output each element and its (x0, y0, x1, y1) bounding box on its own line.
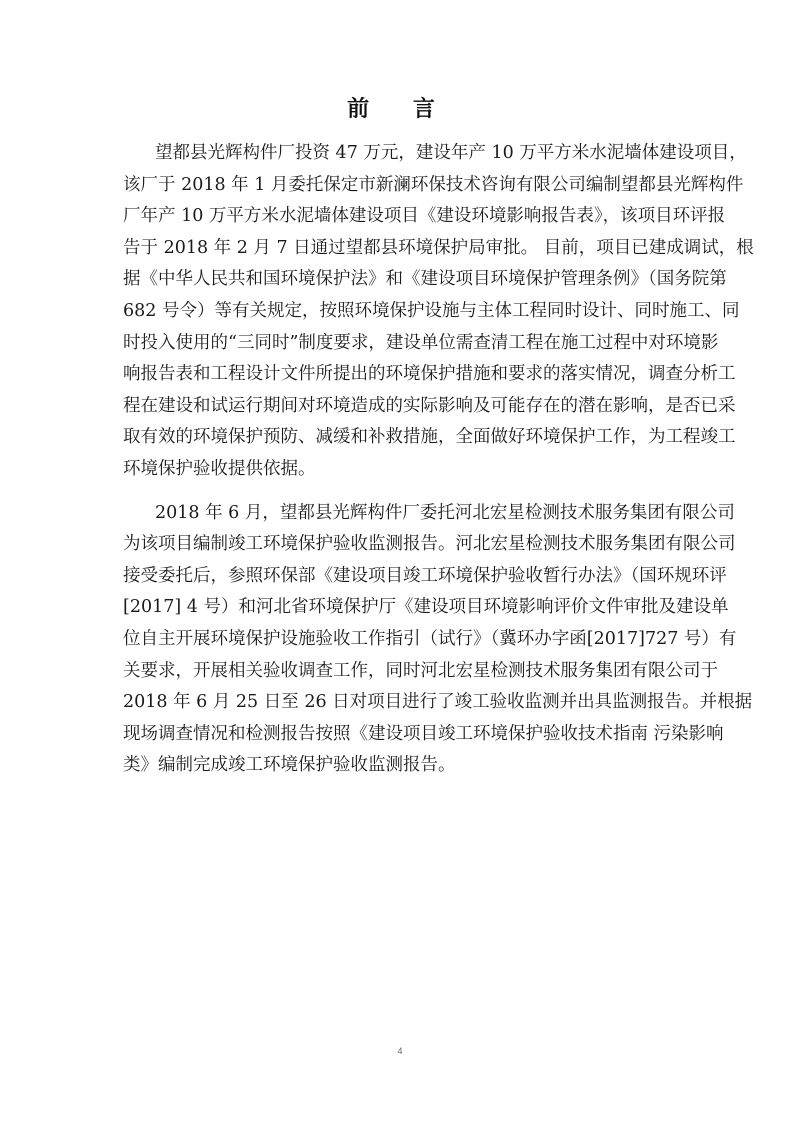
text-line: 响报告表和工程设计文件所提出的环境保护措施和要求的落实情况，调查分析工 (123, 359, 679, 391)
text-line: 关要求，开展相关验收调查工作，同时河北宏星检测技术服务集团有限公司于 (123, 656, 679, 688)
text-line: 据《中华人民共和国环境保护法》和《建设项目环境保护管理条例》（国务院第 (123, 264, 679, 296)
text-line: 位自主开展环境保护设施验收工作指引（试行》（冀环办字函[2017]727 号）有 (123, 624, 679, 656)
text-line: [2017] 4 号）和河北省环境保护厅《建设项目环境影响评价文件审批及建设单 (123, 592, 679, 624)
text-line: 望都县光辉构件厂投资 47 万元，建设年产 10 万平方米水泥墙体建设项目， (123, 138, 679, 170)
text-line: 682 号令）等有关规定，按照环境保护设施与主体工程同时设计、同时施工、同 (123, 296, 679, 328)
document-body: 望都县光辉构件厂投资 47 万元，建设年产 10 万平方米水泥墙体建设项目， 该… (123, 138, 679, 782)
text-line: 接受委托后，参照环保部《建设项目竣工环境保护验收暂行办法》（国环规环评 (123, 561, 679, 593)
text-line: 2018 年 6 月 25 日至 26 日对项目进行了竣工验收监测并出具监测报告… (123, 687, 679, 719)
paragraph-spacer (123, 486, 679, 498)
text-line: 厂年产 10 万平方米水泥墙体建设项目《建设环境影响报告表》，该项目环评报 (123, 201, 679, 233)
text-line: 该厂于 2018 年 1 月委托保定市新澜环保技术咨询有限公司编制望都县光辉构件 (123, 170, 679, 202)
paragraph-2: 2018 年 6 月，望都县光辉构件厂委托河北宏星检测技术服务集团有限公司 为该… (123, 498, 679, 782)
page-title: 前 言 (0, 92, 800, 123)
text-line: 程在建设和试运行期间对环境造成的实际影响及可能存在的潜在影响，是否已采 (123, 391, 679, 423)
document-page: 前 言 望都县光辉构件厂投资 47 万元，建设年产 10 万平方米水泥墙体建设项… (0, 0, 800, 1131)
text-line: 取有效的环境保护预防、减缓和补救措施，全面做好环境保护工作，为工程竣工 (123, 422, 679, 454)
text-line: 时投入使用的“三同时”制度要求，建设单位需查清工程在施工过程中对环境影 (123, 328, 679, 360)
text-line: 2018 年 6 月，望都县光辉构件厂委托河北宏星检测技术服务集团有限公司 (123, 498, 679, 530)
text-line: 为该项目编制竣工环境保护验收监测报告。河北宏星检测技术服务集团有限公司 (123, 529, 679, 561)
text-line: 环境保护验收提供依据。 (123, 454, 679, 486)
text-line: 现场调查情况和检测报告按照《建设项目竣工环境保护验收技术指南 污染影响 (123, 719, 679, 751)
text-line: 告于 2018 年 2 月 7 日通过望都县环境保护局审批。 目前，项目已建成调… (123, 233, 679, 265)
text-line: 类》编制完成竣工环境保护验收监测报告。 (123, 750, 679, 782)
page-number: 4 (0, 1046, 800, 1056)
paragraph-1: 望都县光辉构件厂投资 47 万元，建设年产 10 万平方米水泥墙体建设项目， 该… (123, 138, 679, 486)
